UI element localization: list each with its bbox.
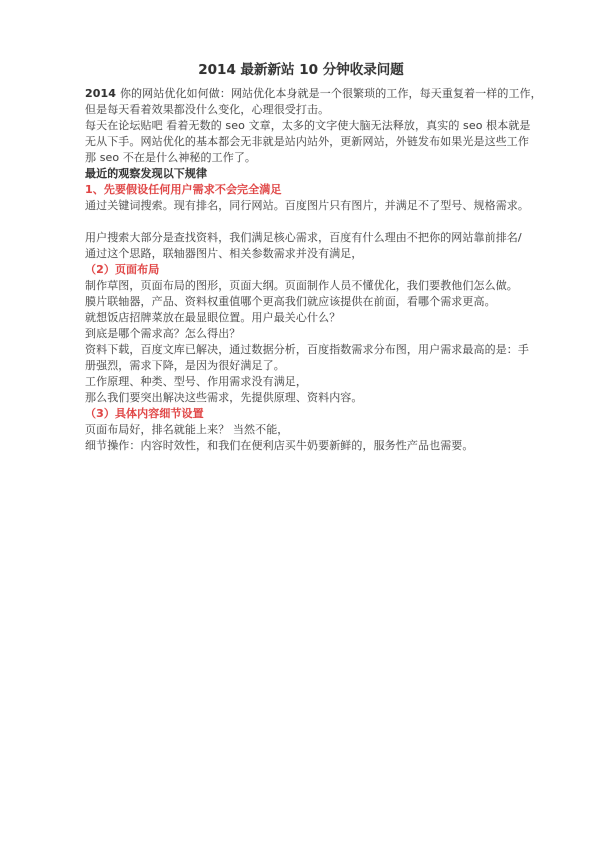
section-heading-red: （3）具体内容细节设置 bbox=[85, 406, 517, 422]
section-heading-red: 1、先要假设任何用户需求不会完全满足 bbox=[85, 182, 517, 198]
document-body: 2014 你的网站优化如何做：网站优化本身就是一个很繁琐的工作，每天重复着一样的… bbox=[85, 86, 517, 454]
blank-line bbox=[85, 214, 517, 230]
text-line: 资料下载，百度文库已解决，通过数据分析，百度指数需求分布图，用户需求最高的是：手 bbox=[85, 342, 517, 358]
text-line: 就想饭店招牌菜放在最显眼位置。用户最关心什么？ bbox=[85, 310, 517, 326]
text-line: 制作草图，页面布局的图形，页面大纲。页面制作人员不懂优化，我们要教他们怎么做。 bbox=[85, 278, 517, 294]
section-heading: 最近的观察发现以下规律 bbox=[85, 166, 517, 182]
text-line: 页面布局好，排名就能上来？ 当然不能， bbox=[85, 422, 517, 438]
text-line: 膜片联轴器，产品、资料权重值哪个更高我们就应该提供在前面，看哪个需求更高。 bbox=[85, 294, 517, 310]
text-line: 工作原理、种类、型号、作用需求没有满足， bbox=[85, 374, 517, 390]
document-content: 2014 最新新站 10 分钟收录问题 2014 你的网站优化如何做：网站优化本… bbox=[85, 60, 517, 454]
text-line: 到底是哪个需求高？怎么得出？ bbox=[85, 326, 517, 342]
text-line: 通过这个思路，联轴器图片、相关参数需求并没有满足， bbox=[85, 246, 517, 262]
text-line: 无从下手。网站优化的基本都会无非就是站内站外，更新网站，外链发布如果光是这些工作 bbox=[85, 134, 517, 150]
text-line: 细节操作：内容时效性，和我们在便利店买牛奶要新鲜的，服务性产品也需要。 bbox=[85, 438, 517, 454]
text-line: 每天在论坛贴吧 看着无数的 seo 文章，太多的文字使大脑无法释放，真实的 se… bbox=[85, 118, 517, 134]
text-line: 通过关键词搜索。现有排名，同行网站。百度图片只有图片，并满足不了型号、规格需求。 bbox=[85, 198, 517, 214]
text-line: 那 seo 不在是什么神秘的工作了。 bbox=[85, 150, 517, 166]
section-heading-red: （2）页面布局 bbox=[85, 262, 517, 278]
text-line: 2014 你的网站优化如何做：网站优化本身就是一个很繁琐的工作，每天重复着一样的… bbox=[85, 86, 517, 102]
text-line: 但是每天看着效果都没什么变化，心理很受打击。 bbox=[85, 102, 517, 118]
bold-prefix: 2014 bbox=[85, 87, 120, 100]
text-line: 那么我们要突出解决这些需求，先提供原理、资料内容。 bbox=[85, 390, 517, 406]
text-line: 用户搜索大部分是查找资料，我们满足核心需求，百度有什么理由不把你的网站靠前排名/ bbox=[85, 230, 517, 246]
text-line: 册强烈，需求下降，是因为很好满足了。 bbox=[85, 358, 517, 374]
document-page: 2014 最新新站 10 分钟收录问题 2014 你的网站优化如何做：网站优化本… bbox=[0, 0, 595, 842]
document-title: 2014 最新新站 10 分钟收录问题 bbox=[85, 60, 517, 81]
